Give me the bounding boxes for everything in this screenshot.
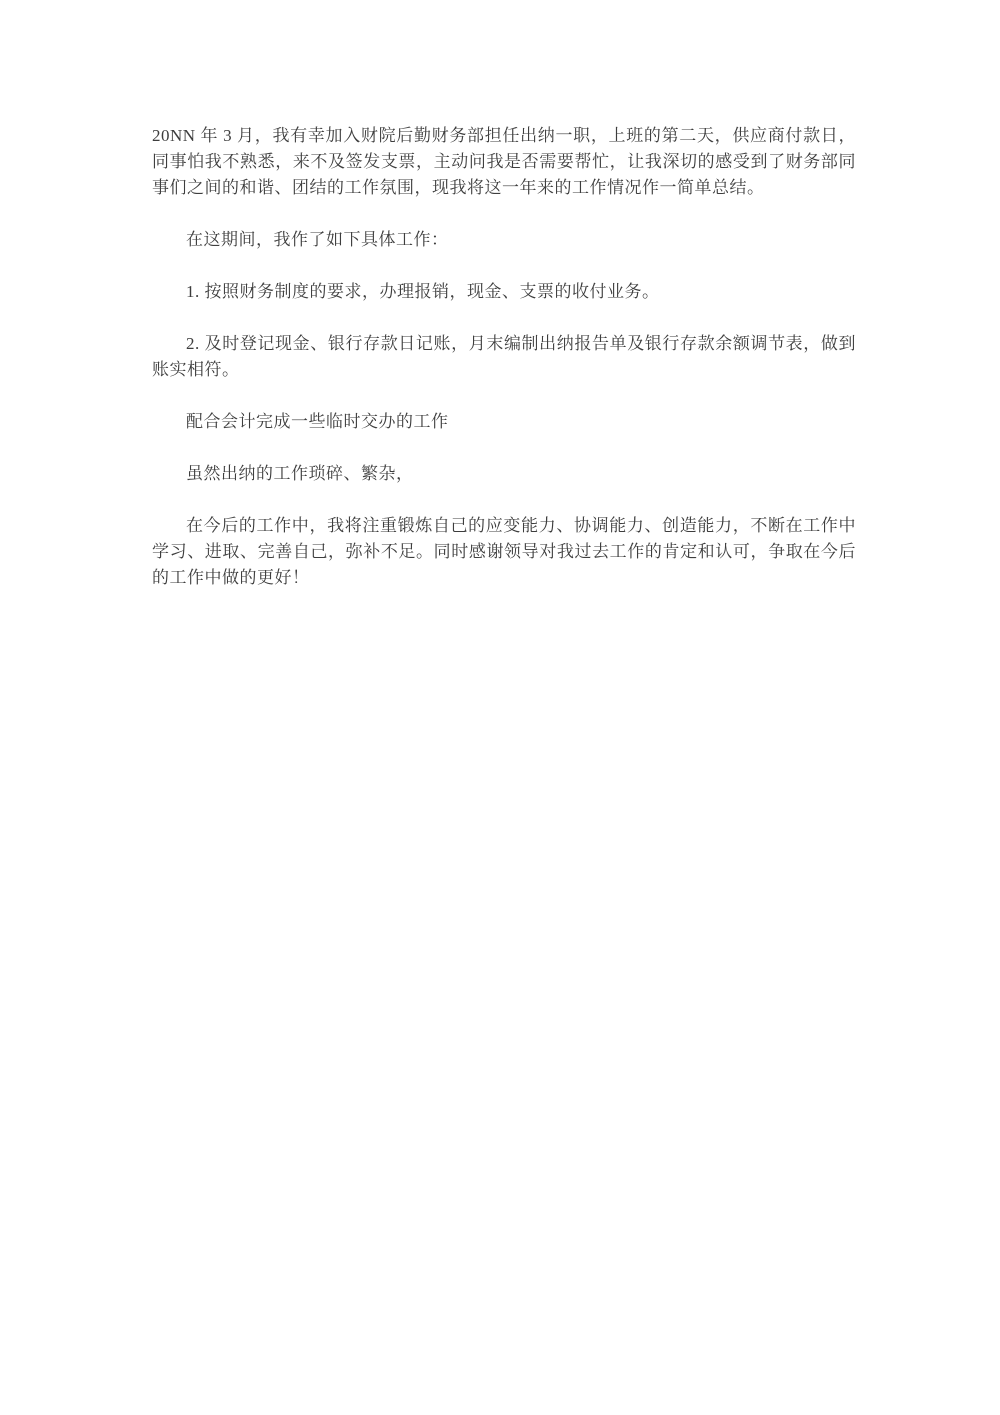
paragraph-work-item-1: 1. 按照财务制度的要求，办理报销，现金、支票的收付业务。: [152, 279, 856, 305]
paragraph-although: 虽然出纳的工作琐碎、繁杂，: [152, 461, 856, 487]
paragraph-outlook: 在今后的工作中，我将注重锻炼自己的应变能力、协调能力、创造能力，不断在工作中学习…: [152, 513, 856, 591]
paragraph-intro: 20NN 年 3 月，我有幸加入财院后勤财务部担任出纳一职，上班的第二天，供应商…: [152, 123, 856, 201]
paragraph-work-item-2: 2. 及时登记现金、银行存款日记账，月末编制出纳报告单及银行存款余额调节表，做到…: [152, 331, 856, 383]
paragraph-work-lead-in: 在这期间，我作了如下具体工作：: [152, 227, 856, 253]
document-page: 20NN 年 3 月，我有幸加入财院后勤财务部担任出纳一职，上班的第二天，供应商…: [152, 123, 856, 617]
paragraph-assist-account: 配合会计完成一些临时交办的工作: [152, 409, 856, 435]
